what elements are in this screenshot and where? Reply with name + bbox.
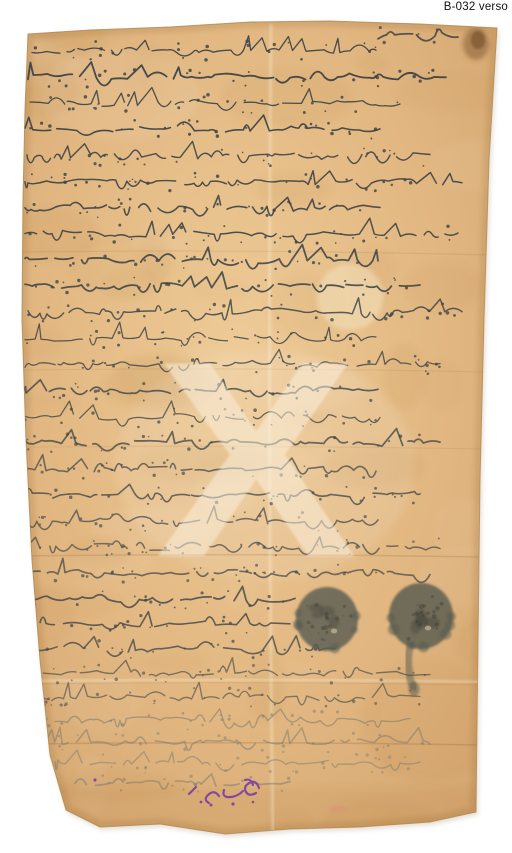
scanned-manuscript-page: B-032 verso X bbox=[0, 0, 512, 853]
manuscript-scan: X bbox=[0, 0, 512, 853]
catalog-label: B-032 verso bbox=[444, 0, 508, 15]
pink-smudge bbox=[329, 806, 347, 812]
stain-mark bbox=[463, 28, 489, 60]
watermark-x: X bbox=[155, 302, 358, 615]
